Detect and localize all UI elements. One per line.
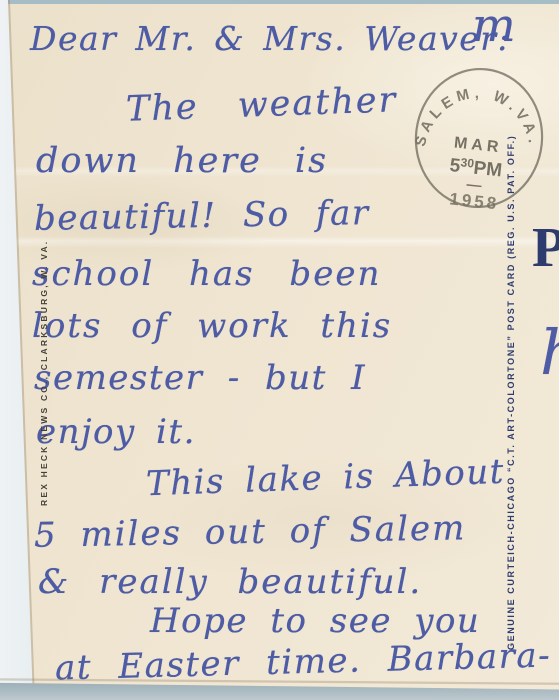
postmark-month: MAR <box>453 134 503 156</box>
handwriting-line-4: school has been <box>32 257 381 291</box>
handwriting-line-11: Hope to see you <box>150 604 480 638</box>
handwriting-line-7: enjoy it. <box>36 415 196 449</box>
handwriting-line-6: semester - but I <box>34 361 366 395</box>
scan-background-top <box>0 0 559 4</box>
handwriting-line-3: beautiful! So far <box>34 196 370 236</box>
handwriting-line-greeting: Dear Mr. & Mrs. Weaver: <box>30 22 510 55</box>
postmark-year: 1958 <box>449 189 501 213</box>
scanned-postcard-photo: Dear Mr. & Mrs. Weaver: The weather down… <box>0 0 559 700</box>
handwriting-line-1: The weather <box>125 83 397 127</box>
handwriting-line-8: This lake is About <box>146 455 506 502</box>
handwriting-line-5: lots of work this <box>32 309 392 343</box>
printed-letter-fragment: P <box>532 220 559 276</box>
handwriting-fragment-right-edge: h <box>540 322 559 384</box>
handwriting-fragment-top-right: m <box>472 2 516 48</box>
publisher-imprint: REX HECK NEWS CO., CLARKSBURG, W. VA. <box>40 216 49 506</box>
handwriting-line-10: & really beautiful. <box>38 565 422 599</box>
handwriting-line-9: 5 miles out of Salem <box>34 511 467 553</box>
printer-imprint: GENUINE CURTEICH-CHICAGO “C.T. ART-COLOR… <box>507 60 516 650</box>
postcard-surface: Dear Mr. & Mrs. Weaver: The weather down… <box>0 0 559 700</box>
postmark-stamp: SALEM, W.VA. MAR 530PM — 1958 <box>400 55 557 221</box>
handwriting-line-2: down here is <box>36 144 328 179</box>
handwriting-line-signature: at Easter time. Barbara- <box>55 639 552 686</box>
